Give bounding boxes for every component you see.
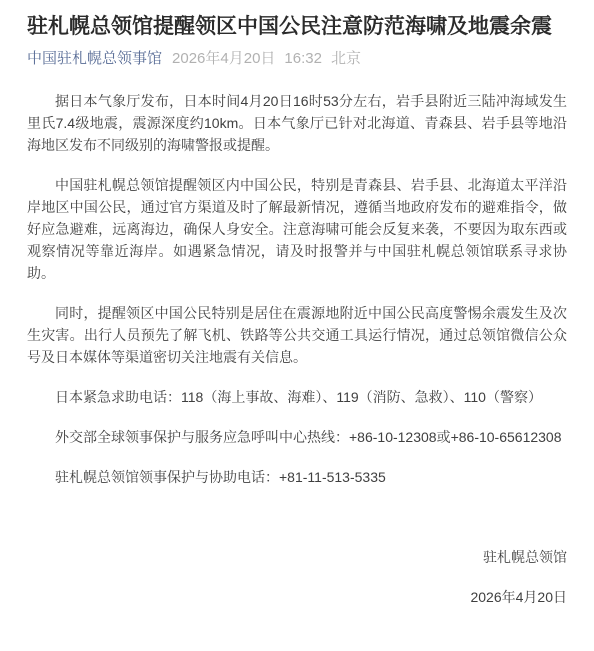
publish-time: 16:32 xyxy=(284,49,322,69)
publish-location: 北京 xyxy=(331,49,361,69)
body-paragraph-japan-emergency-numbers: 日本紧急求助电话：118（海上事故、海难）、119（消防、急救）、110（警察） xyxy=(27,386,567,408)
article-body: 据日本气象厅发布，日本时间4月20日16时53分左右，岩手县附近三陆冲海域发生里… xyxy=(27,90,567,608)
body-paragraph-advice: 中国驻札幌总领馆提醒领区内中国公民，特别是青森县、岩手县、北海道太平洋沿岸地区中… xyxy=(27,174,567,284)
body-paragraph-intro: 据日本气象厅发布，日本时间4月20日16时53分左右，岩手县附近三陆冲海域发生里… xyxy=(27,90,567,156)
body-paragraph-mfa-hotline: 外交部全球领事保护与服务应急呼叫中心热线：+86-10-12308或+86-10… xyxy=(27,426,567,448)
article-title: 驻札幌总领馆提醒领区中国公民注意防范海啸及地震余震 xyxy=(27,12,567,41)
signature-date: 2026年4月20日 xyxy=(27,586,567,608)
body-paragraph-aftershock: 同时，提醒领区中国公民特别是居住在震源地附近中国公民高度警惕余震发生及次生灾害。… xyxy=(27,302,567,368)
article-meta: 中国驻札幌总领事馆 2026年4月20日 16:32 北京 xyxy=(27,49,567,69)
body-paragraph-consulate-hotline: 驻札幌总领馆领事保护与协助电话：+81-11-513-5335 xyxy=(27,466,567,488)
publish-date: 2026年4月20日 xyxy=(172,49,275,69)
blank-line xyxy=(27,506,567,528)
article-page: 驻札幌总领馆提醒领区中国公民注意防范海啸及地震余震 中国驻札幌总领事馆 2026… xyxy=(0,0,594,651)
signature: 驻札幌总领馆 xyxy=(27,546,567,568)
account-name-link[interactable]: 中国驻札幌总领事馆 xyxy=(27,49,162,69)
